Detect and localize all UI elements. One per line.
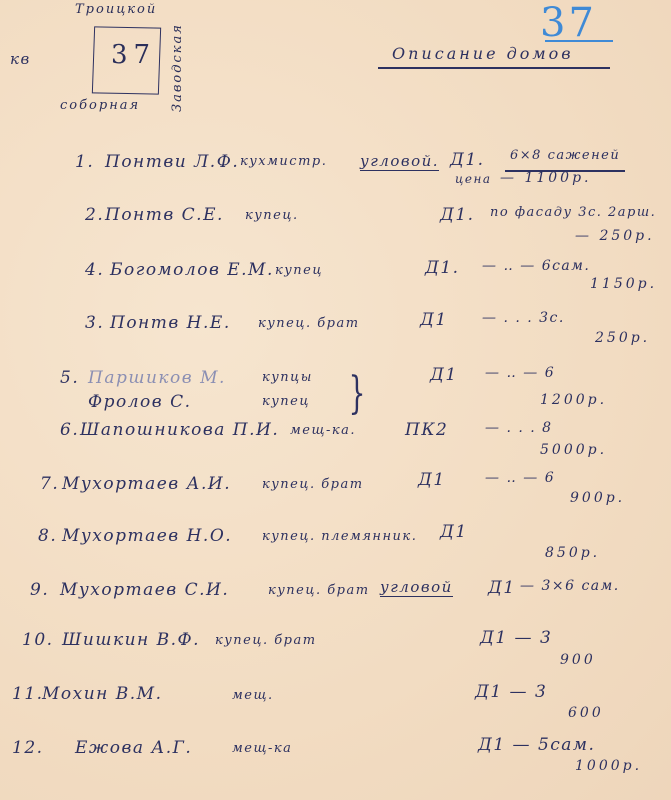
row-building: Д1 — 3: [480, 628, 552, 648]
row-number: 3.: [85, 313, 104, 333]
page-title: Описание домов: [392, 44, 574, 63]
apartment-label: кв: [10, 50, 31, 68]
row-owner-2: Фролов С.: [88, 392, 192, 412]
row-building: Д1 — 3: [475, 682, 547, 702]
row-building: Д1 — 5сам.: [478, 735, 595, 755]
row-price: 850р.: [545, 545, 600, 561]
row-occupation-2: купец: [262, 394, 310, 409]
row-occupation: купец. брат: [215, 633, 317, 648]
row-building: Д1: [440, 522, 468, 542]
row-price: 1150р.: [590, 276, 657, 292]
row-building: Д1.: [450, 150, 485, 170]
brace-icon: }: [349, 368, 366, 419]
row-price: — 1100р.: [500, 170, 592, 186]
row-owner: Мухортаев Н.О.: [62, 526, 232, 546]
folio-underline: [545, 40, 613, 42]
row-note: угловой.: [360, 152, 439, 171]
row-owner: Паршиков М.: [88, 368, 226, 388]
row-size: — . . . 8: [485, 420, 553, 436]
row-occupation: купец: [275, 263, 323, 278]
row-number: 2.: [85, 205, 104, 225]
row-number: 5.: [60, 368, 79, 388]
row-occupation: купцы: [262, 370, 313, 385]
row-building: Д1.: [425, 258, 460, 278]
row-size: — ‥ — 6: [485, 470, 555, 486]
row-occupation: купец. брат: [258, 316, 360, 331]
row-building: Д1: [418, 470, 446, 490]
row-owner: Понтви Л.Ф.: [105, 152, 239, 172]
row-number: 4.: [85, 260, 104, 280]
row-occupation: мещ.: [232, 688, 274, 703]
row-building: Д1: [430, 365, 458, 385]
stamp-number: 37: [111, 40, 156, 70]
stamp-bottom-street: соборная: [60, 98, 140, 113]
row-price: 5000р.: [540, 442, 607, 458]
row-price: 600: [568, 705, 604, 721]
row-occupation: мещ-ка.: [290, 423, 356, 438]
row-number: 9.: [30, 580, 49, 600]
row-size: — ‥ — 6: [485, 365, 555, 381]
row-number: 1.: [75, 152, 94, 172]
row-owner: Шишкин В.Ф.: [62, 630, 200, 650]
row-owner: Мохин В.М.: [42, 684, 163, 704]
row-owner: Понтв С.Е.: [105, 205, 224, 225]
row-size: — . . . 3с.: [482, 310, 565, 326]
stamp-right-street: Заводская: [170, 23, 185, 112]
row-occupation: купец. брат: [262, 477, 364, 492]
row-building: ПК2: [405, 420, 448, 440]
row-note: угловой: [380, 578, 453, 597]
row-size: по фасаду 3с. 2арш.: [490, 205, 656, 220]
row-building: Д1.: [440, 205, 475, 225]
row-price: 900р.: [570, 490, 625, 506]
row-size: 6×8 саженей: [510, 148, 620, 163]
row-owner: Мухортаев С.И.: [60, 580, 229, 600]
row-occupation: купец. племянник.: [262, 529, 417, 544]
row-number: 8.: [38, 526, 57, 546]
row-size: — ‥ — 6сам.: [482, 258, 590, 274]
row-owner: Понтв Н.Е.: [110, 313, 231, 333]
row-building: Д1: [488, 578, 516, 598]
stamp-top-street: Троицкой: [75, 2, 157, 17]
row-owner: Шапошникова П.И.: [80, 420, 279, 440]
row-size: — 3×6 сам.: [520, 578, 620, 594]
row-owner: Ежова А.Г.: [75, 738, 192, 758]
row-number: 10.: [22, 630, 54, 650]
row-owner: Мухортаев А.И.: [62, 474, 231, 494]
row-number: 7.: [40, 474, 59, 494]
row-owner: Богомолов Е.М.: [110, 260, 274, 280]
row-price: 1200р.: [540, 392, 607, 408]
row-building: Д1: [420, 310, 448, 330]
row-occupation: купец. брат: [268, 583, 370, 598]
row-number: 6.: [60, 420, 79, 440]
row-price: — 250р.: [575, 228, 655, 244]
row-price-label: цена: [455, 172, 492, 186]
row-number: 12.: [12, 738, 44, 758]
row-occupation: мещ-ка: [232, 741, 292, 756]
row-occupation: кухмистр.: [240, 154, 327, 169]
row-price: 1000р.: [575, 758, 642, 774]
title-underline: [378, 67, 610, 69]
row-price: 900: [560, 652, 596, 668]
row-occupation: купец.: [245, 208, 299, 223]
row-price: 250р.: [595, 330, 650, 346]
row-number: 11.: [12, 684, 44, 704]
